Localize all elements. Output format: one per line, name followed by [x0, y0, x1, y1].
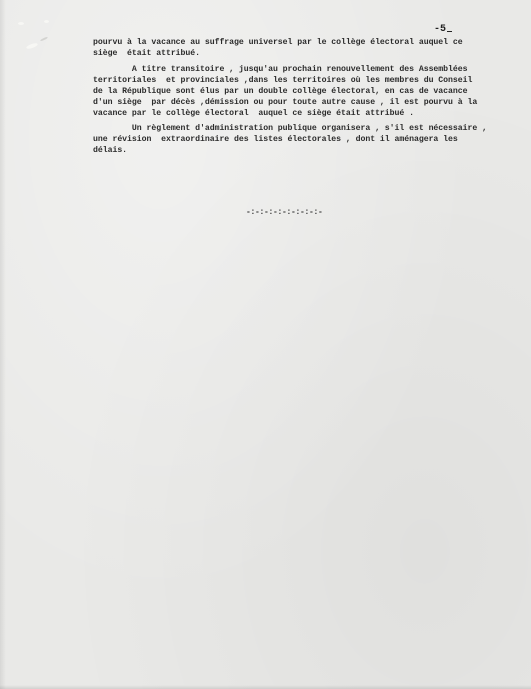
text-line: délais. — [93, 145, 493, 156]
paragraph-3: Un règlement d'administration publique o… — [93, 123, 493, 156]
body-text: pourvu à la vacance au suffrage universe… — [93, 37, 493, 156]
text-line: pourvu à la vacance au suffrage universe… — [93, 37, 493, 48]
scan-artifact — [44, 20, 49, 23]
text-line: vacance par le collège électoral auquel … — [93, 108, 493, 119]
page-edge-shadow — [0, 0, 6, 689]
text-line: A titre transitoire , jusqu'au prochain … — [93, 64, 493, 75]
page-bottom-edge — [0, 685, 531, 689]
scan-artifact — [18, 22, 24, 25]
text-line: Un règlement d'administration publique o… — [93, 123, 493, 134]
text-line: une révision extraordinaire des listes é… — [93, 134, 493, 145]
page-number: -5 — [434, 24, 452, 35]
page-number-underline — [447, 31, 452, 32]
text-line: d'un siège par décès ,démission ou pour … — [93, 97, 493, 108]
document-page: -5 pourvu à la vacance au suffrage unive… — [0, 0, 531, 689]
page-number-text: -5 — [434, 24, 446, 35]
section-separator: -:-:-:-:-:-:-:-:- — [246, 208, 323, 217]
paragraph-2: A titre transitoire , jusqu'au prochain … — [93, 64, 493, 119]
paragraph-1: pourvu à la vacance au suffrage universe… — [93, 37, 493, 59]
text-line: siège était attribué. — [93, 48, 493, 59]
scan-artifact — [40, 36, 48, 41]
text-line: de la République sont élus par un double… — [93, 86, 493, 97]
scan-artifact — [26, 42, 39, 50]
text-line: territoriales et provinciales ,dans les … — [93, 75, 493, 86]
